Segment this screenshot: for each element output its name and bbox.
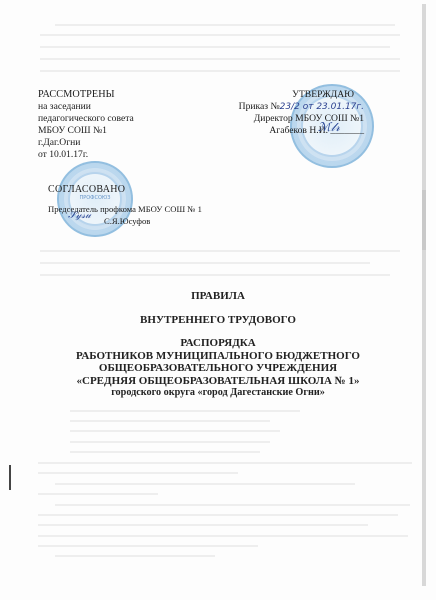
bleed-through-line: [55, 504, 410, 506]
bleed-through-line: [38, 535, 408, 537]
director-line: Директор МБОУ СОШ №1: [239, 113, 364, 125]
bleed-through-line: [38, 472, 238, 474]
bleed-through-line: [40, 34, 400, 36]
document-title-line-2: ВНУТРЕННЕГО ТРУДОВОГО: [0, 314, 436, 326]
bleed-through-line: [55, 483, 355, 485]
considered-line: г.Даг.Огни: [38, 137, 134, 149]
bleed-through-line: [38, 462, 412, 464]
considered-block: РАССМОТРЕНЫ на заседании педагогического…: [38, 89, 134, 161]
document-title-line-7: городского округа «город Дагестанские Ог…: [0, 387, 436, 400]
considered-line: педагогического совета: [38, 113, 134, 125]
bleed-through-line: [40, 262, 370, 264]
bleed-through-line: [55, 555, 215, 557]
union-chair-signature: 𝒮𝓎𝓈𝓊: [68, 210, 91, 221]
bleed-through-line: [70, 430, 280, 432]
bleed-through-line: [40, 274, 390, 276]
considered-line: на заседании: [38, 101, 134, 113]
margin-mark: [9, 465, 11, 490]
bleed-through-line: [40, 46, 390, 48]
agreed-title: СОГЛАСОВАНО: [48, 184, 202, 196]
union-chair-name: С.Я.Юсуфов: [104, 216, 150, 226]
considered-line: от 10.01.17г.: [38, 149, 134, 161]
bleed-through-line: [70, 420, 270, 422]
document-title-line-4: РАБОТНИКОВ МУНИЦИПАЛЬНОГО БЮДЖЕТНОГО: [0, 350, 436, 363]
order-handwritten-number: 23/2 от 23.01.17г.: [280, 102, 364, 112]
considered-line: МБОУ СОШ №1: [38, 125, 134, 137]
bleed-through-line: [55, 24, 395, 26]
document-title-line-6: «СРЕДНЯЯ ОБЩЕОБРАЗОВАТЕЛЬНАЯ ШКОЛА № 1»: [0, 375, 436, 388]
document-title-line-3: РАСПОРЯДКА: [0, 337, 436, 350]
bleed-through-line: [40, 250, 400, 252]
director-name-line: Агабеков Н.И. _______: [239, 125, 364, 137]
document-title-main: РАСПОРЯДКА РАБОТНИКОВ МУНИЦИПАЛЬНОГО БЮД…: [0, 337, 436, 400]
scan-edge-shadow: [422, 190, 426, 250]
director-signature: ℳ𝓁𝓇: [318, 120, 340, 135]
approved-block: УТВЕРЖДАЮ Приказ №23/2 от 23.01.17г. Дир…: [239, 89, 364, 137]
bleed-through-line: [40, 70, 400, 72]
bleed-through-line: [38, 493, 158, 495]
scanned-document-page: РАССМОТРЕНЫ на заседании педагогического…: [0, 0, 436, 600]
document-title-line-1: ПРАВИЛА: [0, 290, 436, 302]
bleed-through-line: [38, 514, 398, 516]
order-line: Приказ №23/2 от 23.01.17г.: [239, 101, 364, 113]
bleed-through-line: [38, 524, 368, 526]
considered-title: РАССМОТРЕНЫ: [38, 89, 134, 101]
order-label: Приказ №: [239, 101, 280, 112]
bleed-through-line: [70, 451, 260, 453]
bleed-through-line: [40, 58, 400, 60]
approved-title: УТВЕРЖДАЮ: [239, 89, 364, 101]
bleed-through-line: [38, 545, 258, 547]
bleed-through-line: [70, 410, 300, 412]
document-title-line-5: ОБЩЕОБРАЗОВАТЕЛЬНОГО УЧРЕЖДЕНИЯ: [0, 362, 436, 375]
bleed-through-line: [70, 441, 270, 443]
